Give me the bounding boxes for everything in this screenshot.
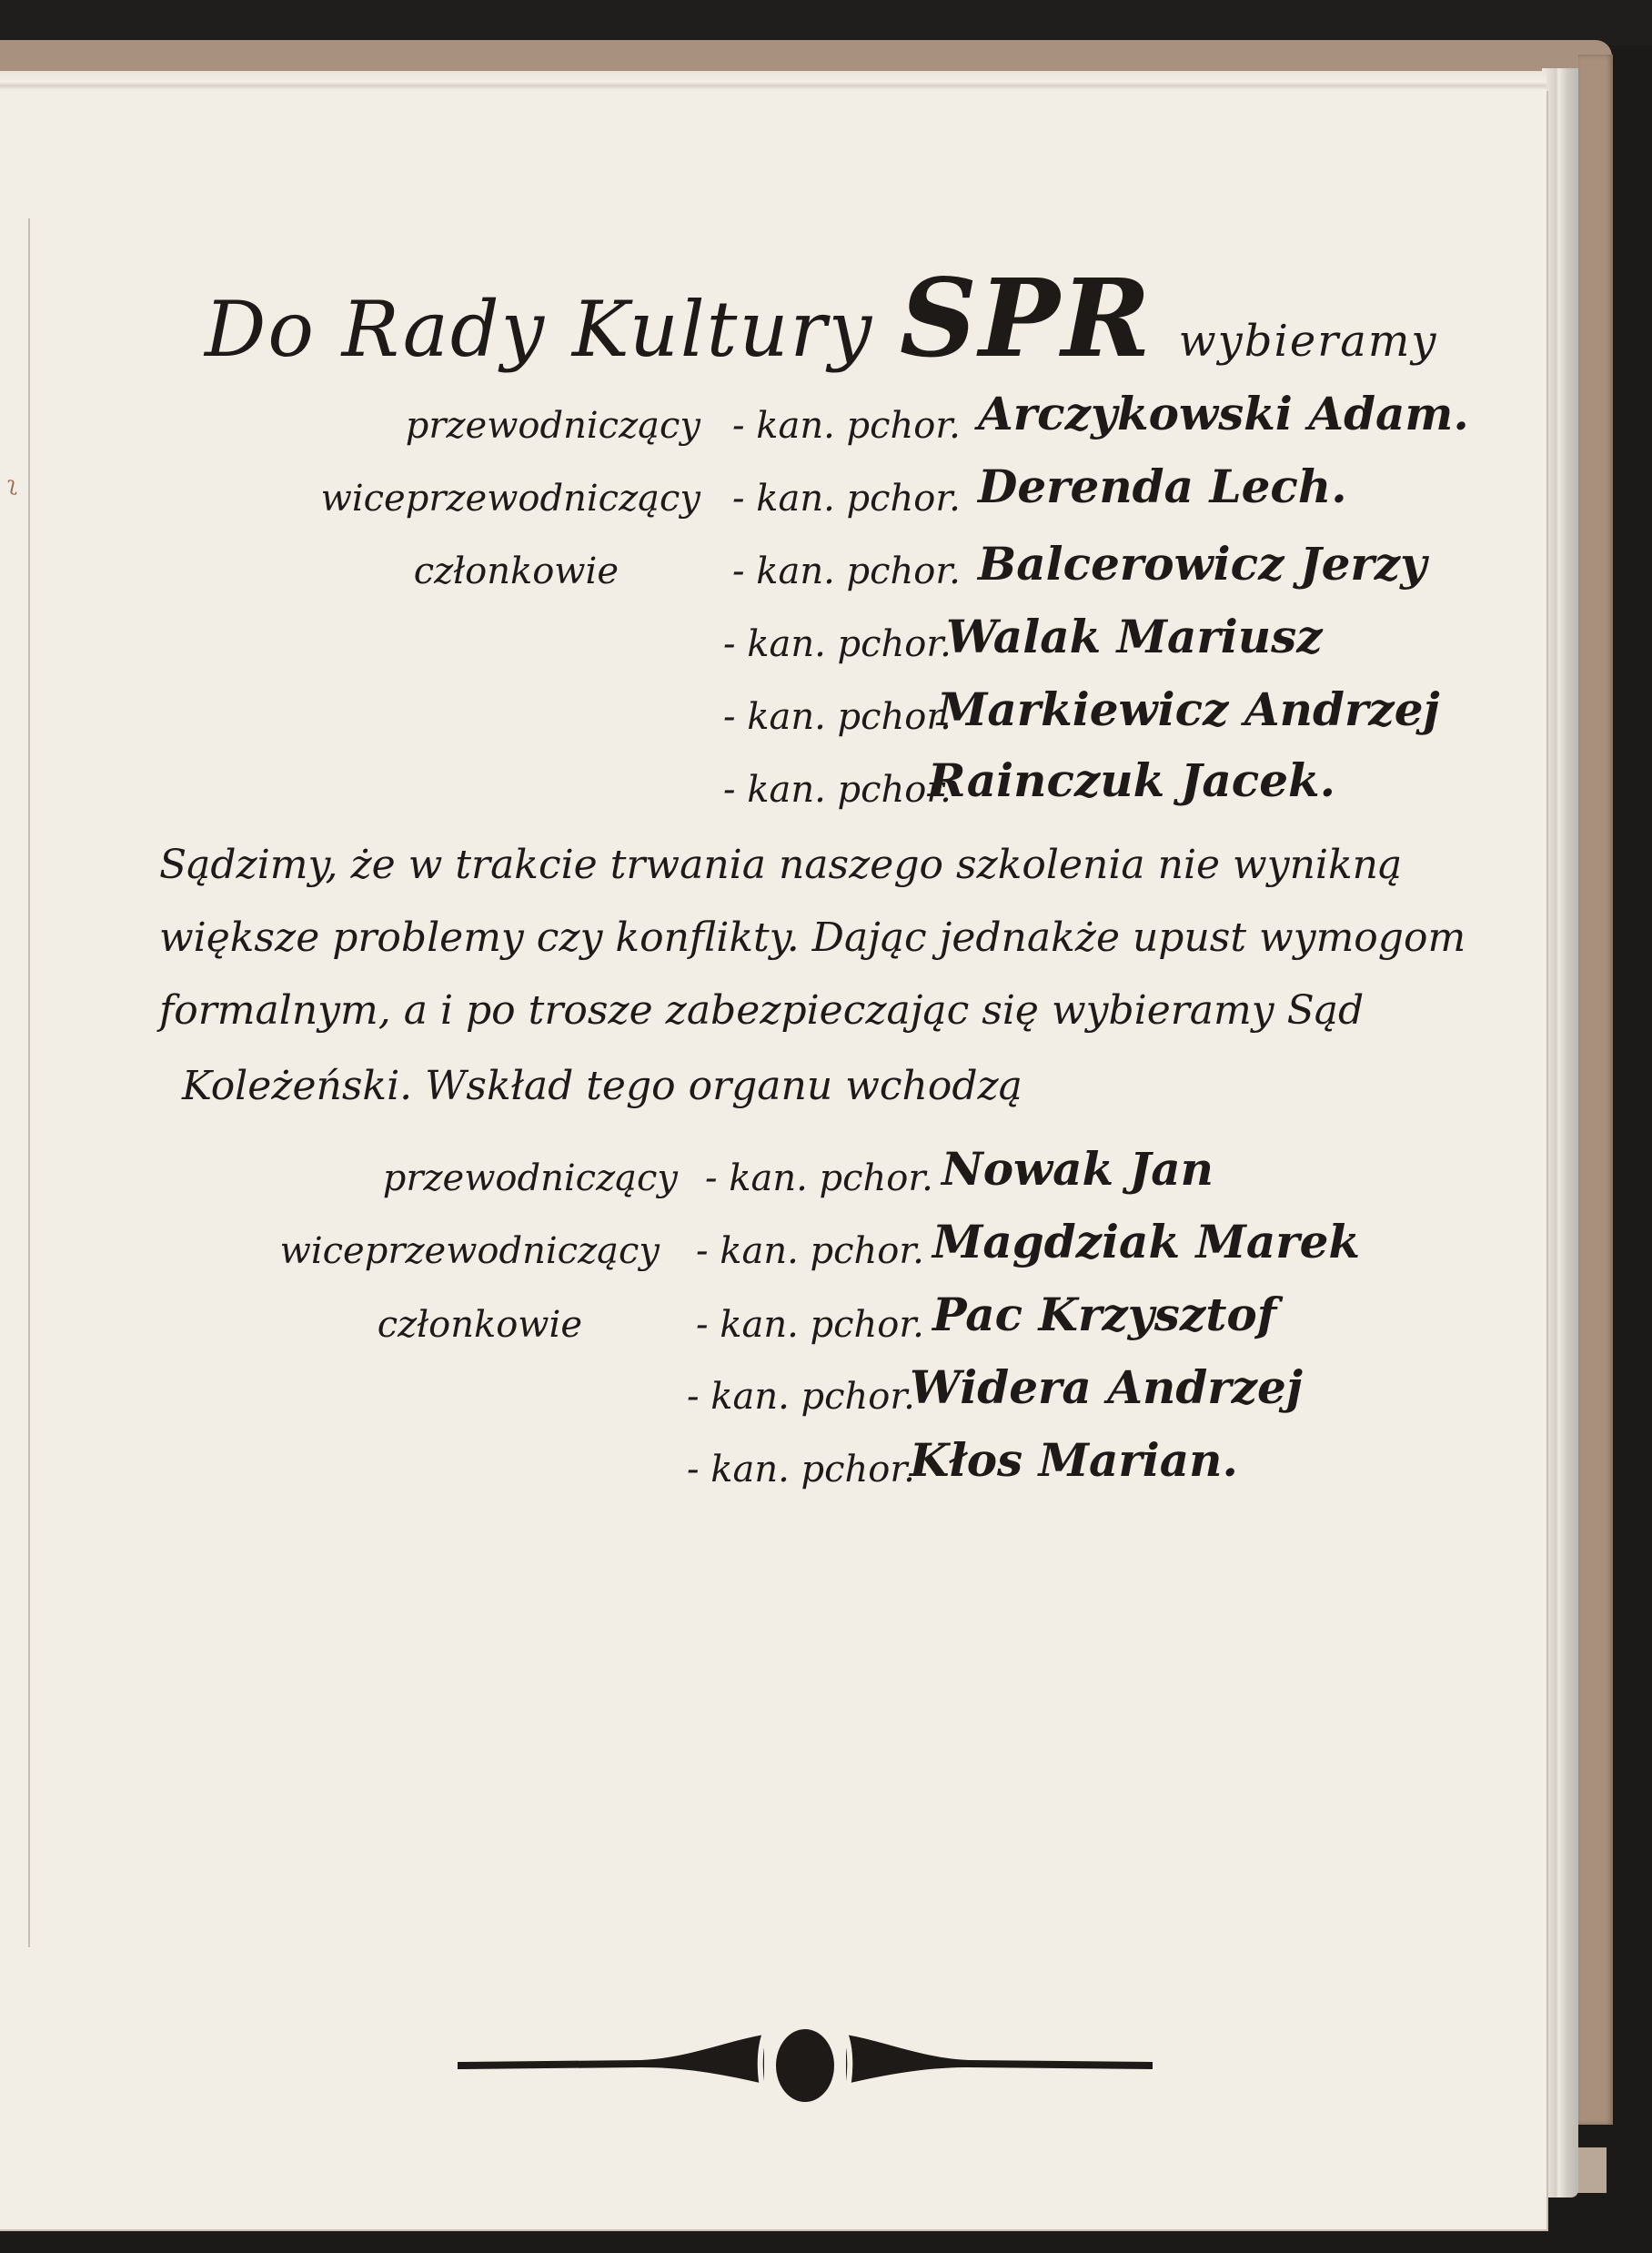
member-role: wiceprzewodniczący <box>280 1230 660 1272</box>
member-rank: - kan. pchor. <box>732 478 961 520</box>
member-name: Walak Mariusz <box>946 610 1323 663</box>
heading-abbreviation: SPR <box>900 255 1153 381</box>
heading-word: Do <box>205 285 316 374</box>
member-name: Derenda Lech. <box>978 460 1347 513</box>
member-name: Balcerowicz Jerzy <box>978 537 1426 591</box>
member-rank: - kan. pchor. <box>723 623 952 665</box>
paragraph-line: formalnym, a i po trosze zabezpieczając … <box>159 987 1364 1034</box>
paragraph-line: większe problemy czy konflikty. Dając je… <box>159 914 1466 961</box>
member-role: członkowie <box>378 1304 582 1346</box>
member-role: wiceprzewodniczący <box>321 478 700 520</box>
member-rank: - kan. pchor. <box>732 551 961 592</box>
member-rank: - kan. pchor. <box>696 1304 924 1346</box>
member-role: członkowie <box>414 551 619 592</box>
member-name: Arczykowski Adam. <box>978 387 1469 440</box>
decorative-divider-icon <box>450 2029 1160 2111</box>
heading-word: Rady <box>342 285 546 374</box>
member-role: przewodniczący <box>383 1157 678 1199</box>
page-heading: Do Rady Kultury SPR wybieramy <box>205 255 1437 381</box>
book-cover-right <box>1578 55 1613 2125</box>
member-rank: - kan. pchor. <box>687 1376 915 1418</box>
member-rank: - kan. pchor. <box>687 1449 915 1490</box>
member-rank: - kan. pchor. <box>705 1157 933 1199</box>
member-name: Widera Andrzej <box>910 1360 1303 1414</box>
member-name: Rainczuk Jacek. <box>928 753 1335 807</box>
paragraph-line: Koleżeński. Wskład tego organu wchodzą <box>182 1063 1022 1109</box>
album-page: ʅ Do Rady Kultury SPR wybieramy przewodn… <box>0 91 1548 2231</box>
paragraph-line: Sądzimy, że w trakcie trwania naszego sz… <box>159 842 1402 888</box>
member-rank: - kan. pchor. <box>723 696 952 738</box>
heading-word: Kultury <box>572 285 873 374</box>
member-name: Pac Krzysztof <box>932 1288 1276 1341</box>
book-cover-top <box>0 40 1612 71</box>
member-role: przewodniczący <box>406 405 700 447</box>
member-name: Markiewicz Andrzej <box>937 682 1440 736</box>
heading-word: wybieramy <box>1179 316 1438 367</box>
member-name: Magdziak Marek <box>932 1215 1360 1268</box>
member-rank: - kan. pchor. <box>732 405 961 447</box>
member-rank: - kan. pchor. <box>696 1230 924 1272</box>
member-name: Nowak Jan <box>942 1142 1214 1196</box>
member-rank: - kan. pchor. <box>723 769 952 811</box>
backdrop <box>0 0 1652 45</box>
member-name: Kłos Marian. <box>910 1433 1238 1487</box>
page-content: Do Rady Kultury SPR wybieramy przewodnic… <box>0 91 1546 2229</box>
